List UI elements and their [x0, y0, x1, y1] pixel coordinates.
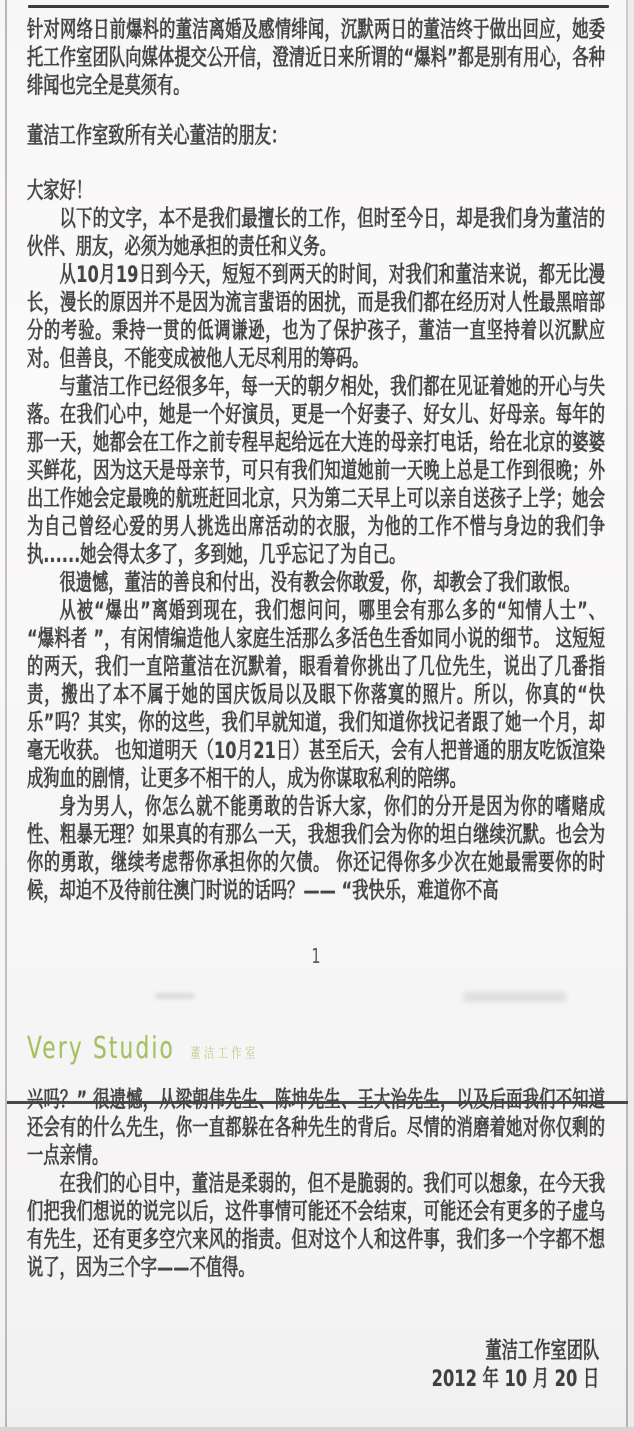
greeting: 大家好！	[27, 177, 605, 205]
signature-date: 2012 年 10 月 20 日	[27, 1365, 605, 1393]
closing-paragraph: 在我们的心目中，董洁是柔弱的，但不是脆弱的。我们可以想象，在今天我们把我们想说的…	[27, 1170, 605, 1282]
intro-paragraph: 针对网络日前爆料的董洁离婚及感情绯闻，沉默两日的董洁终于做出回应，她委托工作室团…	[27, 16, 605, 100]
body-paragraph-2: 从10月19日到今天，短短不到两天的时间，对我们和董洁来说，都无比漫长，漫长的原…	[27, 261, 605, 373]
continuation-paragraph: 兴吗？” 很遗憾，从梁朝伟先生、陈坤先生、王大治先生，以及后面我们不知道还会有的…	[27, 1086, 605, 1170]
signature: 董洁工作室团队	[27, 1337, 605, 1365]
logo-chinese-text: 董洁工作室	[190, 1046, 259, 1062]
page-number: 1	[27, 943, 605, 969]
letter-text-column: 针对网络日前爆料的董洁离婚及感情绯闻，沉默两日的董洁终于做出回应，她委托工作室团…	[27, 16, 605, 1393]
scanned-letter-photo: 针对网络日前爆料的董洁离婚及感情绯闻，沉默两日的董洁终于做出回应，她委托工作室团…	[0, 0, 634, 1431]
body-paragraph-3: 与董洁工作已经很多年，每一天的朝夕相处，我们都在见证着她的开心与失落。在我们心中…	[27, 373, 605, 569]
top-divider	[28, 5, 609, 8]
body-paragraph-5: 从被“爆出”离婚到现在，我们想问问，哪里会有那么多的“知情人士”、 “爆料者 ”…	[27, 597, 605, 793]
body-paragraph-6: 身为男人，你怎么就不能勇敢的告诉大家，你们的分开是因为你的嗜赌成性、粗暴无理？如…	[27, 793, 605, 905]
body-paragraph-1: 以下的文字，本不是我们最擅长的工作，但时至今日，却是我们身为董洁的伙伴、朋友，必…	[27, 205, 605, 261]
photo-edge-right-band	[628, 0, 634, 1431]
photo-edge-right	[626, 0, 628, 1431]
photo-edge-bottom	[0, 1427, 634, 1431]
logo-wordmark: Very Studio	[27, 1031, 175, 1066]
salutation: 董洁工作室致所有关心董洁的朋友：	[27, 122, 605, 150]
studio-logo: Very Studio 董洁工作室	[27, 1031, 605, 1072]
photo-edge-left	[5, 0, 7, 1431]
body-paragraph-4: 很遗憾，董洁的善良和付出，没有教会你敢爱，你，却教会了我们敢恨。	[27, 569, 605, 597]
